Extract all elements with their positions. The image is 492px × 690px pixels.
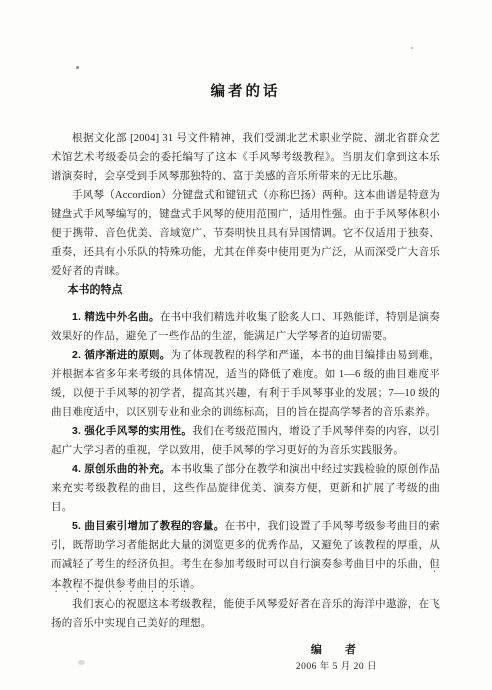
text-block: 编者的话 根据文化部 [2004] 31 号文件精神，我们受湖北艺术职业学院、湖… [51, 82, 440, 674]
point-item: 4. 原创乐曲的补充。本书收集了部分在教学和演出中经过实践检验的原创作品来充实考… [51, 460, 440, 517]
intro-paragraph: 手风琴（Accordion）分键盘式和键钮式（亦称巴扬）两种。这本曲谱是特意为键… [51, 186, 440, 281]
scan-speck [76, 66, 79, 69]
point-item: 5. 曲目索引增加了教程的容量。在书中，我们设置了手风琴考级参考曲目的索引，既帮… [51, 517, 440, 595]
point-text: 。 [190, 579, 201, 590]
signature-name: 编 者 [296, 643, 377, 658]
point-item: 3. 强化手风琴的实用性。我们在考级范围内，增设了手风琴伴奏的内容，以引起广大学… [51, 422, 440, 460]
page-title: 编者的话 [51, 82, 440, 102]
point-lead: 3. 强化手风琴的实用性。 [72, 425, 192, 437]
point-lead: 1. 精选中外名曲。 [72, 311, 160, 323]
signature-inner: 编 者 2006 年 5 月 20 日 [296, 643, 377, 674]
scanned-document-page: 编者的话 根据文化部 [2004] 31 号文件精神，我们受湖北艺术职业学院、湖… [0, 0, 492, 690]
closing-paragraph: 我们衷心的祝愿这本考级教程，能使手风琴爱好者在音乐的海洋中遨游，在飞扬的音乐中实… [51, 595, 440, 633]
point-item: 2. 循序渐进的原则。为了体现教程的科学和严谨，本书的曲目编排由易到难，并根据本… [51, 346, 440, 422]
scan-speck [411, 47, 413, 49]
point-lead: 4. 原创乐曲的补充。 [72, 463, 171, 475]
point-item: 1. 精选中外名曲。在书中我们精选并收集了脍炙人口、耳熟能详，特别是演奏效果好的… [51, 308, 440, 346]
signature-block: 编 者 2006 年 5 月 20 日 [51, 643, 440, 674]
point-lead: 2. 循序渐进的原则。 [72, 349, 171, 361]
intro-paragraph: 根据文化部 [2004] 31 号文件精神，我们受湖北艺术职业学院、湖北省群众艺… [51, 129, 440, 186]
section-heading: 本书的特点 [51, 281, 440, 300]
signature-date: 2006 年 5 月 20 日 [296, 661, 377, 674]
point-lead: 5. 曲目索引增加了教程的容量。 [72, 520, 225, 532]
